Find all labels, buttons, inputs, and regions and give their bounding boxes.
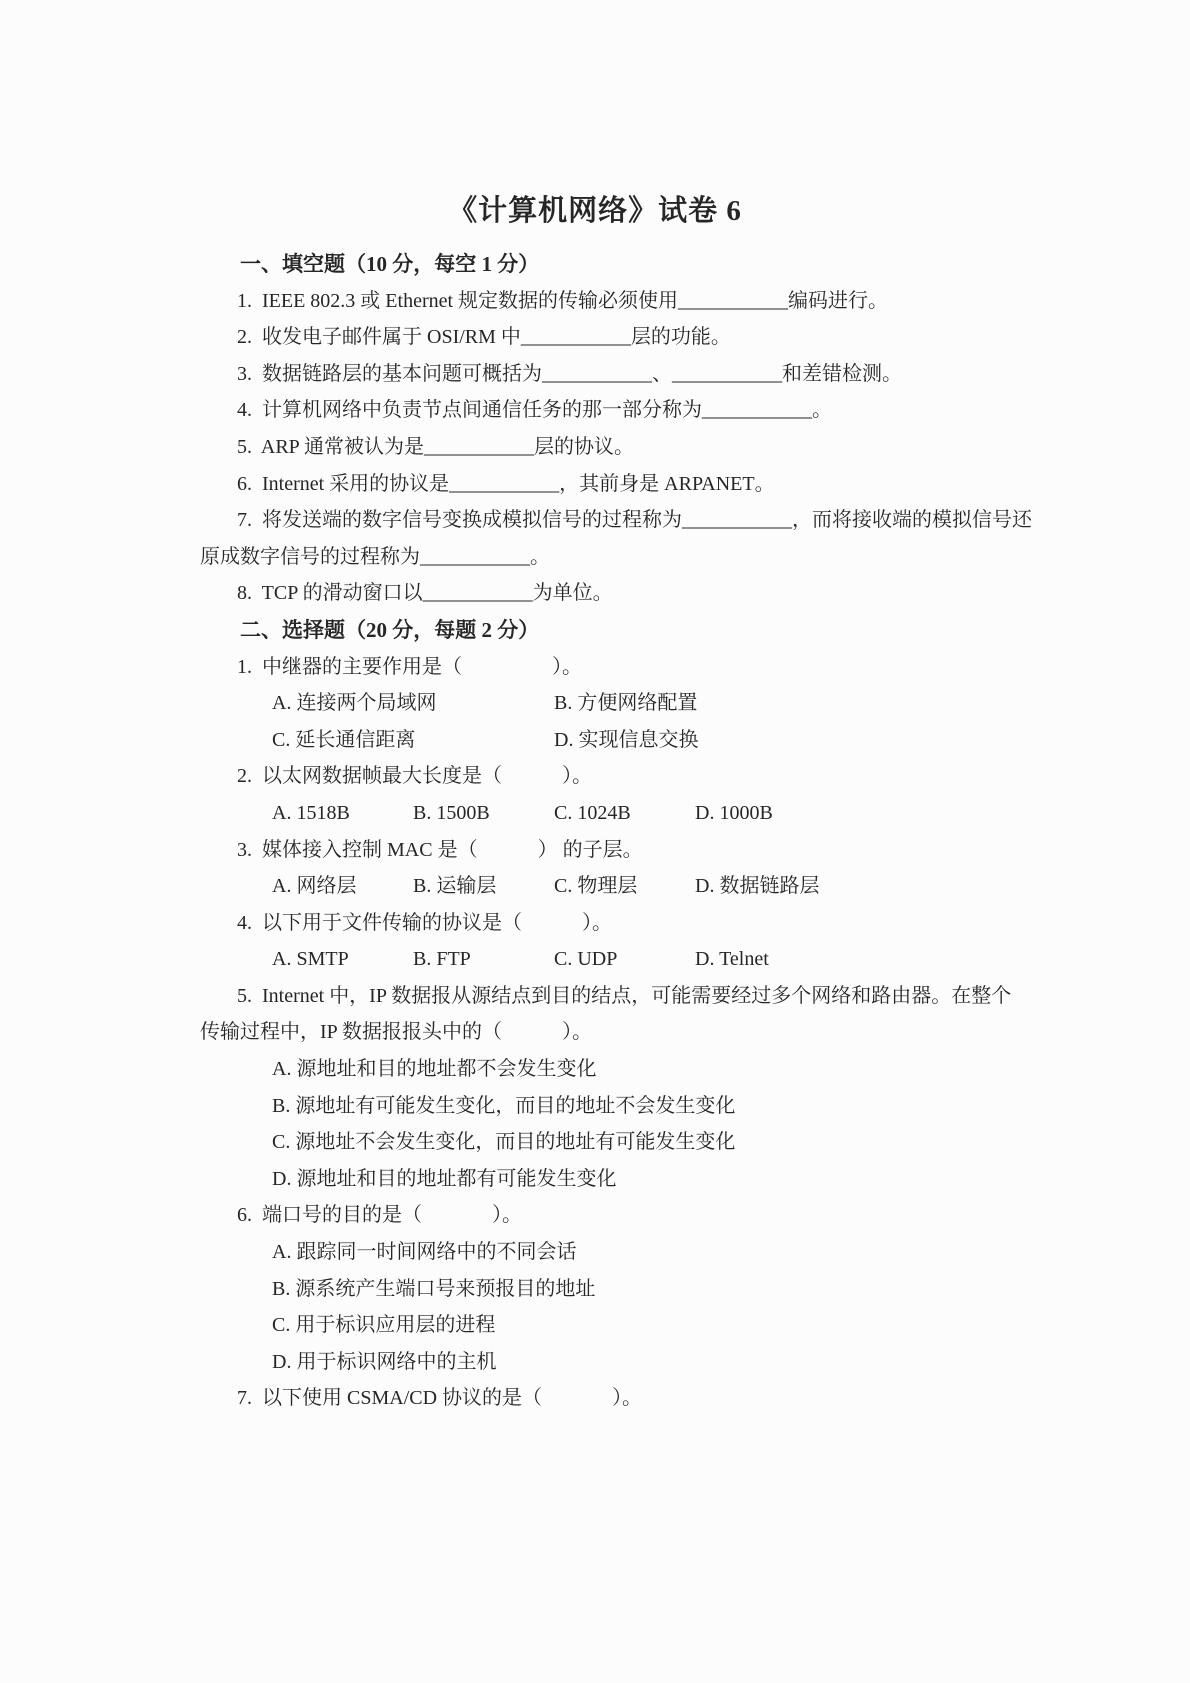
- choice-question-3-options-row: A. 网络层B. 运输层C. 物理层D. 数据链路层: [200, 868, 1100, 905]
- choice-q5-option-d-row: D. 源地址和目的地址都有可能发生变化: [200, 1161, 1100, 1198]
- choice-q2-option-c: C. 1024B: [554, 795, 695, 832]
- choice-q4-option-b: B. FTP: [413, 941, 554, 978]
- choice-q2-option-b: B. 1500B: [413, 795, 554, 832]
- choice-question-7: 7. 以下使用 CSMA/CD 协议的是（ ）。: [200, 1380, 1100, 1417]
- fill-question-1: 1. IEEE 802.3 或 Ethernet 规定数据的传输必须使用____…: [200, 283, 1100, 320]
- choice-question-1-options-row-1: A. 连接两个局域网B. 方便网络配置: [200, 685, 1100, 722]
- fill-question-5: 5. ARP 通常被认为是___________层的协议。: [200, 429, 1100, 466]
- choice-q6-option-b-row: B. 源系统产生端口号来预报目的地址: [200, 1271, 1100, 1308]
- fill-question-7-line-1: 7. 将发送端的数字信号变换成模拟信号的过程称为___________，而将接收…: [200, 502, 1100, 539]
- choice-q6-option-a: A. 跟踪同一时间网络中的不同会话: [272, 1234, 576, 1271]
- choice-q4-option-c: C. UDP: [554, 941, 695, 978]
- choice-q6-option-d: D. 用于标识网络中的主机: [272, 1344, 496, 1381]
- choice-question-4-options-row: A. SMTPB. FTPC. UDPD. Telnet: [200, 941, 1100, 978]
- choice-q1-option-c: C. 延长通信距离: [272, 722, 554, 759]
- choice-q6-option-c-row: C. 用于标识应用层的进程: [200, 1307, 1100, 1344]
- exam-content: 一、填空题（10 分，每空 1 分） 1. IEEE 802.3 或 Ether…: [0, 246, 1190, 1417]
- choice-q3-option-d: D. 数据链路层: [695, 868, 819, 905]
- choice-q5-option-a-row: A. 源地址和目的地址都不会发生变化: [200, 1051, 1100, 1088]
- choice-q5-option-b: B. 源地址有可能发生变化，而目的地址不会发生变化: [272, 1088, 735, 1125]
- choice-question-5-line-1: 5. Internet 中，IP 数据报从源结点到目的结点，可能需要经过多个网络…: [200, 978, 1100, 1015]
- choice-q6-option-c: C. 用于标识应用层的进程: [272, 1307, 495, 1344]
- choice-question-2-options-row: A. 1518BB. 1500BC. 1024BD. 1000B: [200, 795, 1100, 832]
- choice-q2-option-d: D. 1000B: [695, 795, 773, 832]
- choice-q5-option-a: A. 源地址和目的地址都不会发生变化: [272, 1051, 596, 1088]
- choice-q6-option-b: B. 源系统产生端口号来预报目的地址: [272, 1271, 595, 1308]
- choice-q6-option-a-row: A. 跟踪同一时间网络中的不同会话: [200, 1234, 1100, 1271]
- choice-question-5-line-2: 传输过程中，IP 数据报报头中的（ ）。: [200, 1014, 1100, 1051]
- choice-q1-option-d: D. 实现信息交换: [554, 722, 698, 759]
- choice-q4-option-a: A. SMTP: [272, 941, 413, 978]
- fill-question-7-line-2: 原成数字信号的过程称为___________。: [200, 539, 1100, 576]
- fill-question-3: 3. 数据链路层的基本问题可概括为___________、___________…: [200, 356, 1100, 393]
- choice-q3-option-b: B. 运输层: [413, 868, 554, 905]
- section-choice-heading: 二、选择题（20 分，每题 2 分）: [200, 612, 1100, 649]
- choice-question-1-options-row-2: C. 延长通信距离D. 实现信息交换: [200, 722, 1100, 759]
- choice-question-2: 2. 以太网数据帧最大长度是（ ）。: [200, 758, 1100, 795]
- fill-question-8: 8. TCP 的滑动窗口以___________为单位。: [200, 575, 1100, 612]
- fill-question-4: 4. 计算机网络中负责节点间通信任务的那一部分称为___________。: [200, 392, 1100, 429]
- choice-question-6: 6. 端口号的目的是（ ）。: [200, 1197, 1100, 1234]
- choice-q2-option-a: A. 1518B: [272, 795, 413, 832]
- choice-q5-option-c: C. 源地址不会发生变化，而目的地址有可能发生变化: [272, 1124, 735, 1161]
- choice-q5-option-c-row: C. 源地址不会发生变化，而目的地址有可能发生变化: [200, 1124, 1100, 1161]
- choice-question-3: 3. 媒体接入控制 MAC 是（ ） 的子层。: [200, 832, 1100, 869]
- choice-question-4: 4. 以下用于文件传输的协议是（ ）。: [200, 905, 1100, 942]
- choice-q5-option-b-row: B. 源地址有可能发生变化，而目的地址不会发生变化: [200, 1088, 1100, 1125]
- choice-q5-option-d: D. 源地址和目的地址都有可能发生变化: [272, 1161, 616, 1198]
- page-title: 《计算机网络》试卷 6: [0, 193, 1190, 229]
- choice-q4-option-d: D. Telnet: [695, 941, 769, 978]
- choice-q1-option-a: A. 连接两个局域网: [272, 685, 554, 722]
- exam-paper-page: 《计算机网络》试卷 6 一、填空题（10 分，每空 1 分） 1. IEEE 8…: [0, 0, 1190, 1683]
- fill-question-6: 6. Internet 采用的协议是___________，其前身是 ARPAN…: [200, 466, 1100, 503]
- choice-q3-option-c: C. 物理层: [554, 868, 695, 905]
- choice-q6-option-d-row: D. 用于标识网络中的主机: [200, 1344, 1100, 1381]
- choice-question-1: 1. 中继器的主要作用是（ ）。: [200, 649, 1100, 686]
- fill-question-2: 2. 收发电子邮件属于 OSI/RM 中___________层的功能。: [200, 319, 1100, 356]
- choice-q1-option-b: B. 方便网络配置: [554, 685, 697, 722]
- choice-q3-option-a: A. 网络层: [272, 868, 413, 905]
- section-fill-heading: 一、填空题（10 分，每空 1 分）: [200, 246, 1100, 283]
